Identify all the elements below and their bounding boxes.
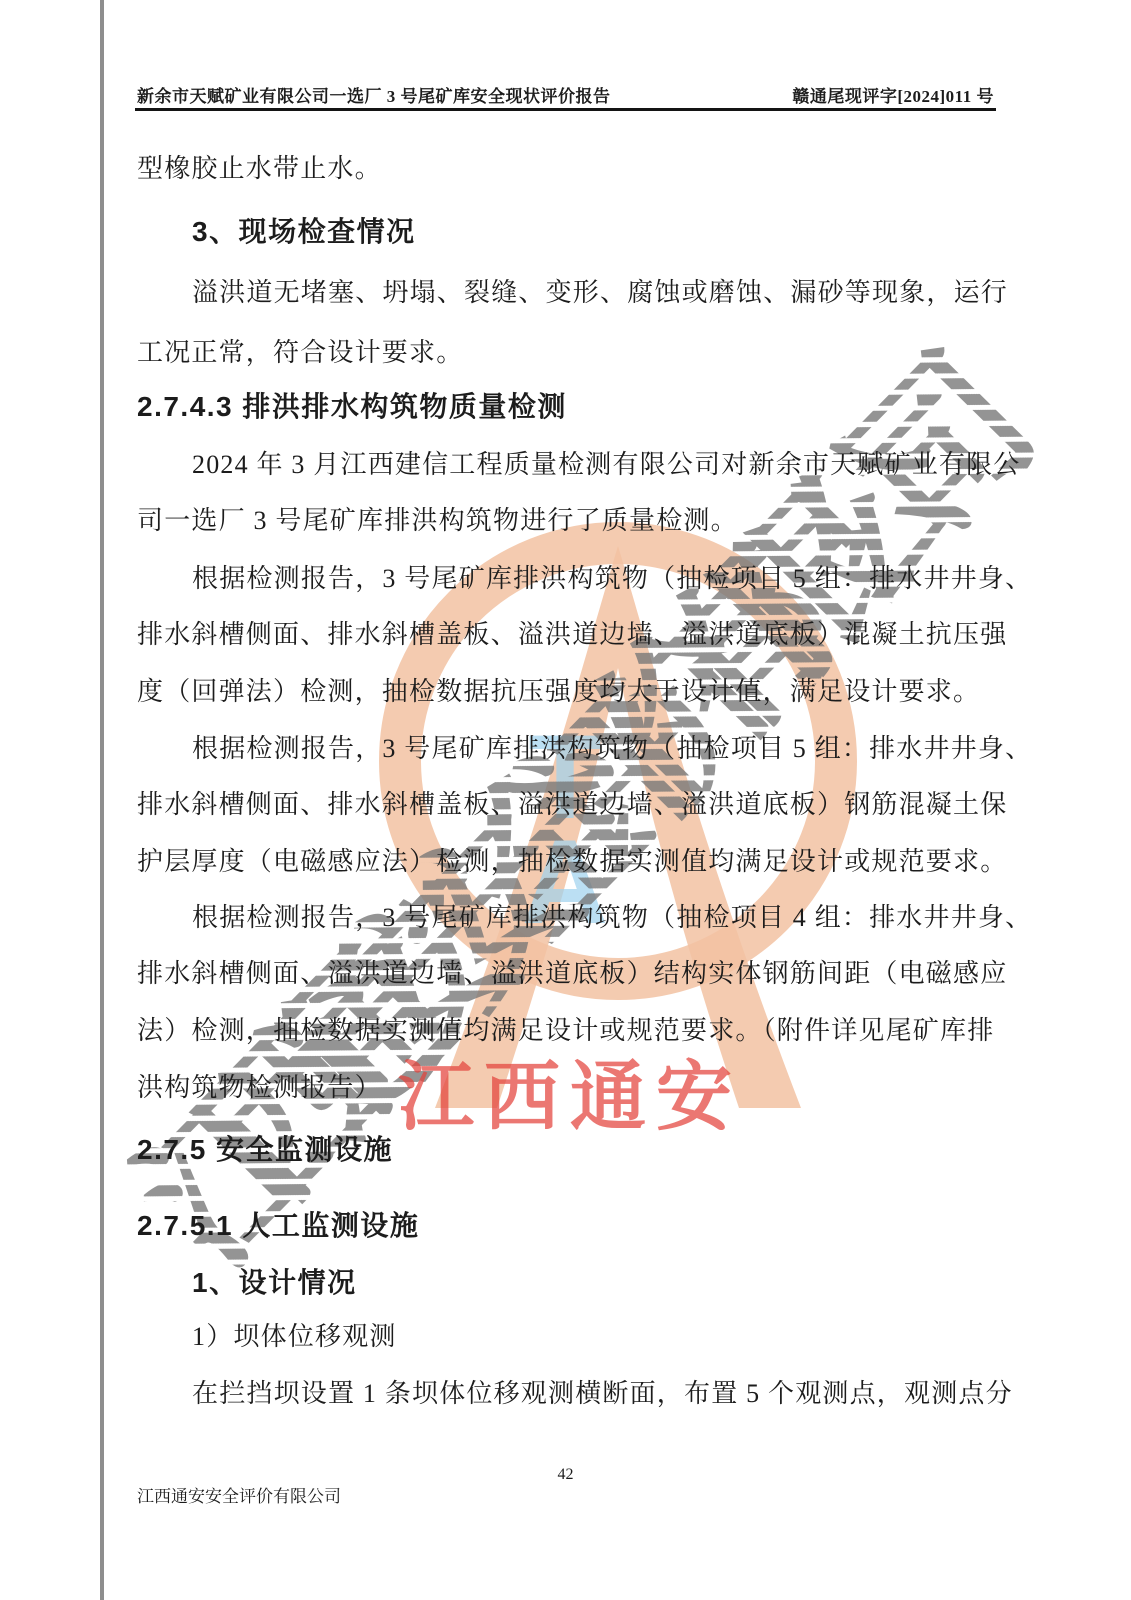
body-line: 2024 年 3 月江西建信工程质量检测有限公司对新余市天赋矿业有限公 — [137, 444, 1052, 481]
body-line: 护层厚度（电磁感应法）检测，抽检数据实测值均满足设计或规范要求。 — [137, 841, 997, 878]
body-line: 法）检测，抽检数据实测值均满足设计或规范要求。（附件详见尾矿库排 — [137, 1010, 997, 1047]
body-line: 司一选厂 3 号尾矿库排洪构筑物进行了质量检测。 — [137, 500, 997, 537]
footer-company-name: 江西通安安全评价有限公司 — [137, 1482, 341, 1507]
heading-line: 2.7.4.3 排洪排水构筑物质量检测 — [137, 385, 997, 425]
body-line: 型橡胶止水带止水。 — [137, 148, 997, 185]
body-line: 1）坝体位移观测 — [137, 1316, 1052, 1353]
body-line: 排水斜槽侧面、排水斜槽盖板、溢洪道边墙、溢洪道底板）混凝土抗压强 — [137, 614, 997, 651]
body-line: 排水斜槽侧面、溢洪道边墙、溢洪道底板）结构实体钢筋间距（电磁感应 — [137, 953, 997, 990]
body-line: 根据检测报告，3 号尾矿库排洪构筑物（抽检项目 5 组：排水井井身、 — [137, 728, 1052, 765]
heading-line: 2.7.5 安全监测设施 — [137, 1128, 997, 1168]
body-line: 在拦挡坝设置 1 条坝体位移观测横断面，布置 5 个观测点，观测点分 — [137, 1373, 1052, 1410]
scan-crease-line — [100, 0, 104, 1600]
header-document-number: 赣通尾现评字[2024]011 号 — [792, 82, 994, 107]
body-line: 排水斜槽侧面、排水斜槽盖板、溢洪道边墙、溢洪道底板）钢筋混凝土保 — [137, 784, 997, 821]
body-line: 工况正常，符合设计要求。 — [137, 332, 997, 369]
heading-line: 1、设计情况 — [137, 1261, 1052, 1301]
body-line: 根据检测报告，3 号尾矿库排洪构筑物（抽检项目 5 组：排水井井身、 — [137, 558, 1052, 595]
body-line: 洪构筑物检测报告） — [137, 1067, 997, 1104]
header-report-title: 新余市天赋矿业有限公司一选厂 3 号尾矿库安全现状评价报告 — [137, 82, 611, 107]
body-line: 溢洪道无堵塞、坍塌、裂缝、变形、腐蚀或磨蚀、漏砂等现象，运行 — [137, 272, 1052, 309]
body-line: 度（回弹法）检测，抽检数据抗压强度均大于设计值，满足设计要求。 — [137, 671, 997, 708]
heading-line: 2.7.5.1 人工监测设施 — [137, 1204, 997, 1244]
header-rule — [135, 108, 996, 111]
body-line: 根据检测报告，3 号尾矿库排洪构筑物（抽检项目 4 组：排水井井身、 — [137, 897, 1052, 934]
heading-line: 3、现场检查情况 — [137, 210, 1052, 250]
report-page: T A 江西通安安全评价有限公司 江西通安 新余市天赋矿业有限公司一选厂 3 号… — [0, 0, 1131, 1600]
